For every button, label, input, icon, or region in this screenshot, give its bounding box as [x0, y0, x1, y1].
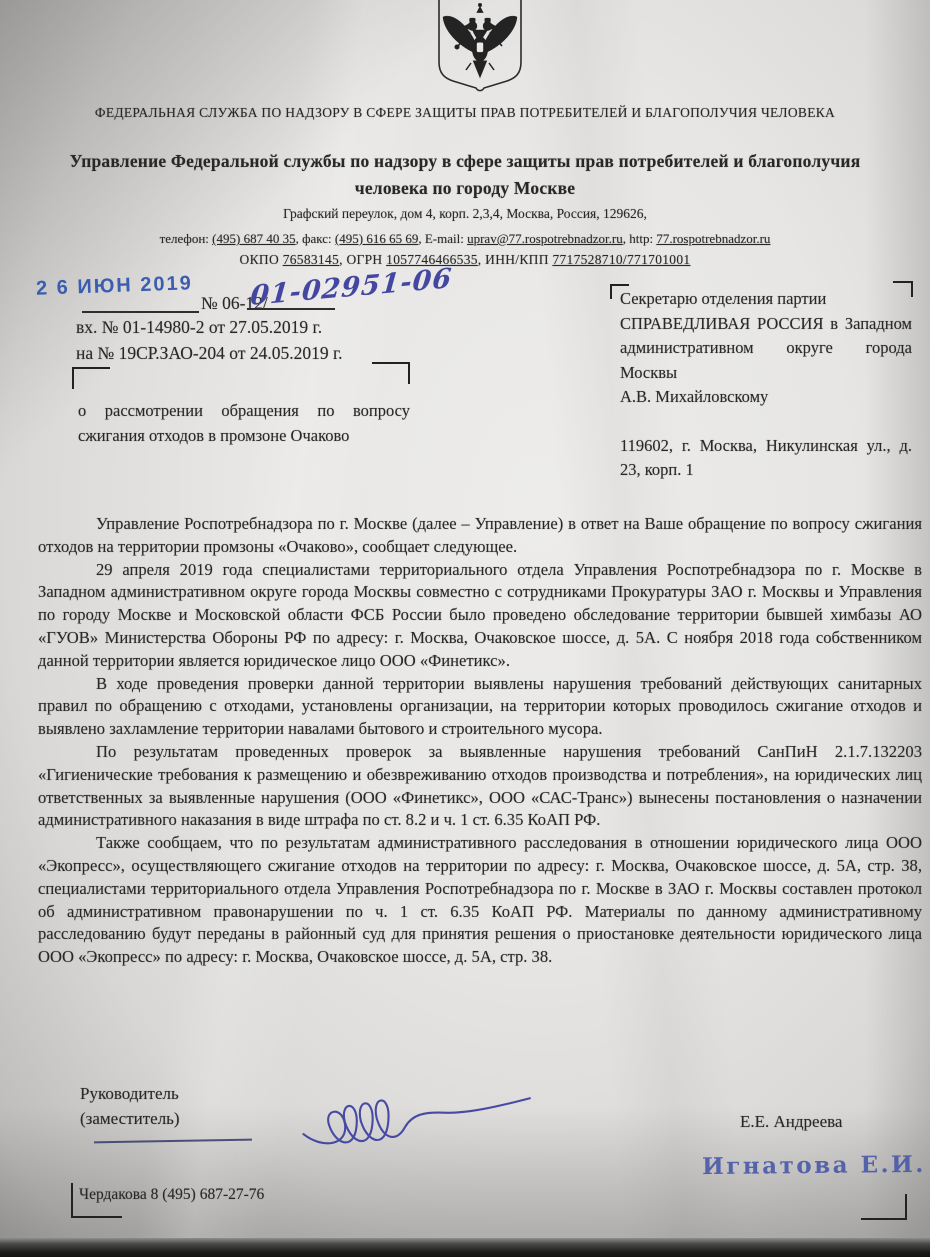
approval-name-stamp: Игнатова Е.И.	[702, 1151, 926, 1180]
signer-position-line2: (заместитель)	[80, 1107, 180, 1131]
letterhead-contacts: телефон: (495) 687 40 35, факс: (495) 61…	[25, 231, 905, 247]
signer-position-line1: Руководитель	[80, 1082, 179, 1106]
subject-line: о рассмотрении обращения по вопросу сжиг…	[78, 398, 410, 448]
body-paragraph-4: По результатам проведенных проверок за в…	[38, 741, 922, 832]
phone-value: (495) 687 40 35	[212, 231, 295, 246]
department-name: Управление Федеральной службы по надзору…	[35, 148, 895, 202]
outgoing-number-blank-line	[82, 311, 199, 313]
ogrn-label: , ОГРН	[339, 252, 386, 267]
signer-name: Е.Е. Андреева	[740, 1112, 842, 1132]
body-paragraph-5: Также сообщаем, что по результатам админ…	[38, 832, 922, 969]
incoming-date-stamp: 2 6 ИЮН 2019	[36, 272, 194, 300]
incoming-number: вх. № 01-14980-2 от 27.05.2019 г.	[76, 317, 322, 338]
http-label: , http:	[623, 231, 657, 246]
addressee-block: Секретарю отделения партии СПРАВЕДЛИВАЯ …	[620, 287, 912, 483]
innkpp-label: , ИНН/КПП	[478, 252, 553, 267]
phone-label: телефон:	[160, 231, 213, 246]
letterhead-address: Графский переулок, дом 4, корп. 2,3,4, М…	[55, 206, 875, 222]
addressee-postal-address: 119602, г. Москва, Никулинская ул., д. 2…	[620, 434, 912, 483]
website-value: 77.rospotrebnadzor.ru	[656, 231, 770, 246]
bottom-right-corner-mark	[861, 1194, 907, 1220]
outgoing-number-handwritten: 01-02951-06	[249, 263, 453, 312]
letter-body: Управление Роспотребнадзора по г. Москве…	[38, 513, 922, 969]
subject-corner-mark-left	[72, 367, 110, 389]
subject-corner-mark-right	[372, 362, 410, 384]
signature-line	[94, 1139, 252, 1144]
fax-label: , факс:	[296, 231, 335, 246]
in-reply-to-number: на № 19СР.ЗАО-204 от 24.05.2019 г.	[76, 343, 343, 364]
agency-name: ФЕДЕРАЛЬНАЯ СЛУЖБА ПО НАДЗОРУ В СФЕРЕ ЗА…	[55, 103, 875, 122]
addressee-person: А.В. Михайловскому	[620, 385, 912, 410]
scanned-letter-page: ФЕДЕРАЛЬНАЯ СЛУЖБА ПО НАДЗОРУ В СФЕРЕ ЗА…	[0, 0, 930, 1257]
fax-value: (495) 616 65 69	[335, 231, 418, 246]
executor-contact: Чердакова 8 (495) 687-27-76	[79, 1186, 264, 1204]
okpo-value: 76583145	[283, 252, 339, 267]
addressee-organization: СПРАВЕДЛИВАЯ РОССИЯ в Западном администр…	[620, 312, 912, 386]
okpo-label: ОКПО	[240, 252, 283, 267]
handwritten-signature	[295, 1068, 545, 1158]
body-paragraph-2: 29 апреля 2019 года специалистами террит…	[38, 559, 922, 673]
letterhead-codes: ОКПО 76583145, ОГРН 1057746466535, ИНН/К…	[25, 252, 905, 268]
email-value: uprav@77.rospotrebnadzor.ru	[467, 231, 623, 246]
russian-coat-of-arms-icon	[436, 0, 524, 94]
body-paragraph-1: Управление Роспотребнадзора по г. Москве…	[38, 513, 922, 559]
addressee-salutation: Секретарю отделения партии	[620, 287, 912, 312]
email-label: , E-mail:	[418, 231, 467, 246]
handwritten-underline	[247, 308, 335, 310]
innkpp-value: 7717528710/771701001	[552, 252, 690, 267]
photo-bottom-edge	[0, 1238, 930, 1257]
body-paragraph-3: В ходе проведения проверки данной террит…	[38, 673, 922, 741]
